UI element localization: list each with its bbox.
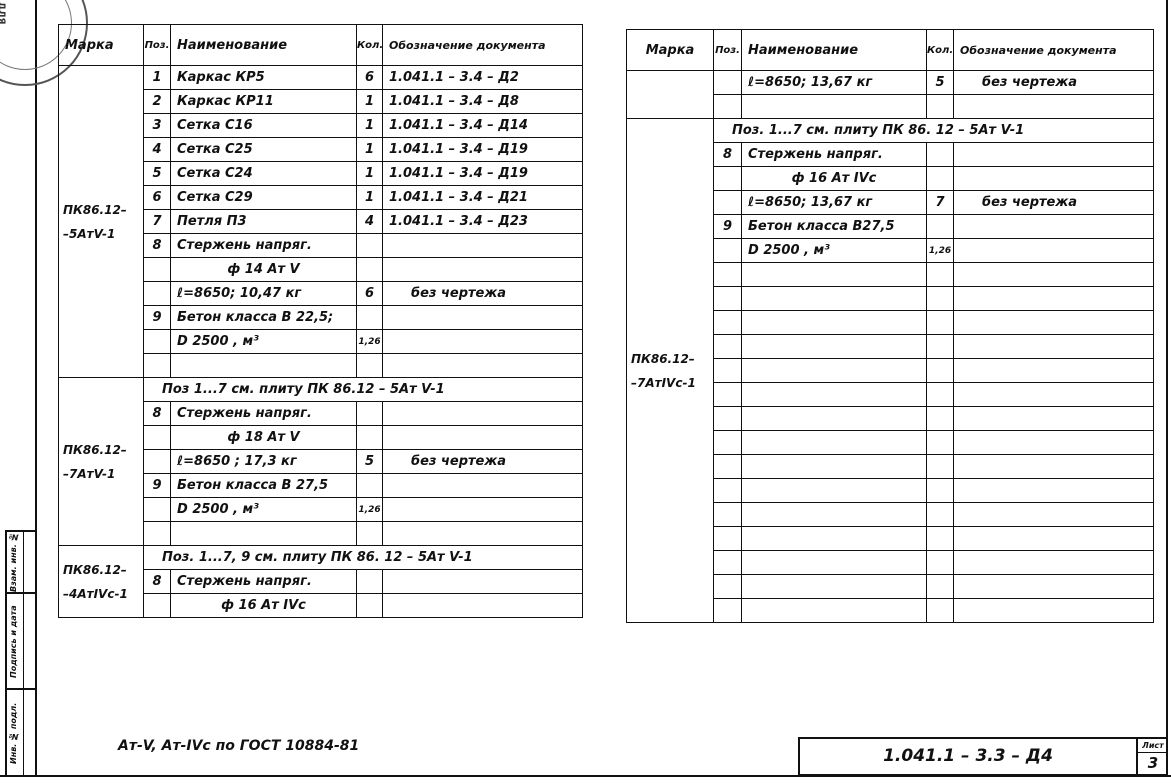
- qty-cell: [927, 479, 954, 503]
- name-cell: [742, 455, 927, 479]
- name-cell: Бетон класса В27,5: [742, 215, 927, 239]
- poz-cell: 8: [144, 570, 171, 594]
- name-cell: Стержень напряг.: [171, 570, 357, 594]
- name-cell: ф 16 Ат IVс: [742, 167, 927, 191]
- margin-cell-replacement: Взам. инв. №: [7, 530, 37, 594]
- margin-label: Взам. инв. №: [9, 534, 23, 592]
- header-name: Наименование: [171, 25, 357, 66]
- name-cell: Сетка С29: [171, 186, 357, 210]
- poz-cell: [714, 191, 742, 215]
- poz-cell: [714, 335, 742, 359]
- poz-cell: [144, 522, 171, 546]
- name-cell: [171, 354, 357, 378]
- poz-cell: [714, 263, 742, 287]
- qty-cell: [357, 234, 383, 258]
- group-note-row: ПК86.12––7АтIVс-1Поз. 1...7 см. плиту ПК…: [627, 119, 1154, 143]
- doc-cell: [954, 335, 1154, 359]
- doc-cell: [954, 575, 1154, 599]
- marka-cell: ПК86.12––7АтV-1: [59, 378, 144, 546]
- doc-cell: [383, 354, 583, 378]
- doc-cell: [954, 287, 1154, 311]
- qty-cell: [927, 407, 954, 431]
- stamp-text: ДЛЯ: [0, 2, 6, 24]
- doc-cell: [954, 527, 1154, 551]
- name-cell: [742, 311, 927, 335]
- qty-cell: [927, 335, 954, 359]
- name-cell: Стержень напряг.: [171, 402, 357, 426]
- qty-cell: [927, 263, 954, 287]
- qty-cell: [927, 143, 954, 167]
- sheet-number: 3: [1138, 753, 1168, 774]
- qty-cell: 1,26: [927, 239, 954, 263]
- poz-cell: [714, 311, 742, 335]
- poz-cell: [714, 479, 742, 503]
- name-cell: [742, 479, 927, 503]
- qty-cell: [927, 287, 954, 311]
- poz-cell: [144, 594, 171, 618]
- qty-cell: [927, 575, 954, 599]
- name-cell: [742, 599, 927, 623]
- qty-cell: [927, 383, 954, 407]
- poz-cell: [714, 359, 742, 383]
- poz-cell: [144, 498, 171, 522]
- qty-cell: [357, 354, 383, 378]
- poz-cell: 9: [144, 474, 171, 498]
- name-cell: [171, 522, 357, 546]
- name-cell: Стержень напряг.: [171, 234, 357, 258]
- doc-cell: [383, 306, 583, 330]
- poz-cell: 2: [144, 90, 171, 114]
- table-body: ПК86.12––5АтV-11Каркас КР561.041.1 – 3.4…: [59, 66, 583, 618]
- name-cell: ℓ=8650; 10,47 кг: [171, 282, 357, 306]
- doc-cell: [954, 263, 1154, 287]
- poz-cell: 7: [144, 210, 171, 234]
- name-cell: Каркас КР11: [171, 90, 357, 114]
- qty-cell: [357, 258, 383, 282]
- doc-cell: [383, 498, 583, 522]
- name-cell: [742, 527, 927, 551]
- margin-cell-signature: Подпись и дата: [7, 592, 37, 690]
- frame-right-border: [1166, 0, 1168, 777]
- doc-cell: [954, 311, 1154, 335]
- name-cell: [742, 503, 927, 527]
- name-cell: [742, 287, 927, 311]
- name-cell: Стержень напряг.: [742, 143, 927, 167]
- qty-cell: 6: [357, 282, 383, 306]
- qty-cell: 1,26: [357, 330, 383, 354]
- name-cell: Каркас КР5: [171, 66, 357, 90]
- header-marka: Марка: [627, 30, 714, 71]
- qty-cell: 7: [927, 191, 954, 215]
- name-cell: [742, 551, 927, 575]
- doc-cell: [954, 95, 1154, 119]
- doc-cell: [954, 455, 1154, 479]
- poz-cell: [714, 575, 742, 599]
- qty-cell: [927, 503, 954, 527]
- group-note: Поз. 1...7 см. плиту ПК 86. 12 – 5Ат V-1: [714, 119, 1154, 143]
- poz-cell: [144, 330, 171, 354]
- qty-cell: [927, 599, 954, 623]
- table-row: ПК86.12––5АтV-11Каркас КР561.041.1 – 3.4…: [59, 66, 583, 90]
- poz-cell: [714, 599, 742, 623]
- name-cell: D 2500 , м³: [171, 330, 357, 354]
- name-cell: ℓ=8650 ; 17,3 кг: [171, 450, 357, 474]
- name-cell: [742, 431, 927, 455]
- name-cell: ф 14 Ат V: [171, 258, 357, 282]
- qty-cell: [357, 522, 383, 546]
- qty-cell: [357, 402, 383, 426]
- qty-cell: [927, 311, 954, 335]
- qty-cell: [927, 215, 954, 239]
- qty-cell: 5: [927, 71, 954, 95]
- header-doc: Обозначение документа: [954, 30, 1154, 71]
- poz-cell: 8: [144, 234, 171, 258]
- poz-cell: [714, 407, 742, 431]
- name-cell: ℓ=8650; 13,67 кг: [742, 71, 927, 95]
- sheet-box: Лист 3: [1136, 739, 1168, 774]
- qty-cell: [927, 551, 954, 575]
- header-marka: Марка: [59, 25, 144, 66]
- qty-cell: [357, 474, 383, 498]
- margin-signature-strip: Взам. инв. № Подпись и дата Инв. № подл.: [5, 530, 37, 776]
- name-cell: Петля П3: [171, 210, 357, 234]
- name-cell: D 2500 , м³: [171, 498, 357, 522]
- header-name: Наименование: [742, 30, 927, 71]
- doc-cell: [954, 359, 1154, 383]
- qty-cell: [357, 306, 383, 330]
- doc-cell: [954, 479, 1154, 503]
- doc-cell: [954, 503, 1154, 527]
- poz-cell: [714, 383, 742, 407]
- sheet-label: Лист: [1138, 739, 1168, 753]
- poz-cell: 9: [144, 306, 171, 330]
- margin-label: Инв. № подл.: [9, 692, 23, 774]
- poz-cell: 6: [144, 186, 171, 210]
- doc-cell: без чертежа: [383, 450, 583, 474]
- qty-cell: [927, 167, 954, 191]
- name-cell: Сетка С16: [171, 114, 357, 138]
- doc-cell: [954, 167, 1154, 191]
- poz-cell: [144, 354, 171, 378]
- qty-cell: [927, 95, 954, 119]
- poz-cell: [714, 503, 742, 527]
- name-cell: Бетон класса В 22,5;: [171, 306, 357, 330]
- spec-table-right: Марка Поз. Наименование Кол. Обозначение…: [626, 29, 1154, 623]
- doc-cell: без чертежа: [383, 282, 583, 306]
- gost-footnote: Ат-V, Ат-IVс по ГОСТ 10884-81: [118, 738, 359, 754]
- poz-cell: 8: [144, 402, 171, 426]
- qty-cell: [927, 527, 954, 551]
- qty-cell: 1,26: [357, 498, 383, 522]
- poz-cell: [144, 282, 171, 306]
- name-cell: [742, 575, 927, 599]
- header-qty: Кол.: [357, 25, 383, 66]
- qty-cell: 1: [357, 90, 383, 114]
- poz-cell: [714, 239, 742, 263]
- qty-cell: 4: [357, 210, 383, 234]
- doc-cell: [954, 239, 1154, 263]
- qty-cell: [357, 426, 383, 450]
- doc-cell: без чертежа: [954, 191, 1154, 215]
- doc-cell: [954, 431, 1154, 455]
- marka-cell: ПК86.12––4АтIVс-1: [59, 546, 144, 618]
- table-header-row: Марка Поз. Наименование Кол. Обозначение…: [627, 30, 1154, 71]
- doc-cell: 1.041.1 – 3.4 – Д8: [383, 90, 583, 114]
- doc-cell: [954, 383, 1154, 407]
- header-poz: Поз.: [144, 25, 171, 66]
- qty-cell: [927, 359, 954, 383]
- header-poz: Поз.: [714, 30, 742, 71]
- qty-cell: 6: [357, 66, 383, 90]
- poz-cell: 1: [144, 66, 171, 90]
- name-cell: Сетка С24: [171, 162, 357, 186]
- title-block: 1.041.1 – 3.3 – Д4 Лист 3: [798, 737, 1166, 776]
- name-cell: Сетка С25: [171, 138, 357, 162]
- poz-cell: [714, 455, 742, 479]
- name-cell: [742, 359, 927, 383]
- poz-cell: 8: [714, 143, 742, 167]
- poz-cell: 5: [144, 162, 171, 186]
- table-row: ℓ=8650; 13,67 кг5без чертежа: [627, 71, 1154, 95]
- marka-cell: ПК86.12––5АтV-1: [59, 66, 144, 378]
- poz-cell: [714, 287, 742, 311]
- doc-cell: [383, 570, 583, 594]
- poz-cell: [714, 527, 742, 551]
- poz-cell: [144, 258, 171, 282]
- name-cell: [742, 263, 927, 287]
- marka-cell: [627, 71, 714, 119]
- margin-cell-inventory: Инв. № подл.: [7, 688, 37, 776]
- name-cell: [742, 407, 927, 431]
- name-cell: Бетон класса В 27,5: [171, 474, 357, 498]
- qty-cell: 1: [357, 162, 383, 186]
- document-code: 1.041.1 – 3.3 – Д4: [800, 739, 1136, 774]
- doc-cell: [383, 474, 583, 498]
- name-cell: ф 18 Ат V: [171, 426, 357, 450]
- qty-cell: 1: [357, 186, 383, 210]
- qty-cell: 1: [357, 114, 383, 138]
- doc-cell: 1.041.1 – 3.4 – Д19: [383, 162, 583, 186]
- name-cell: [742, 383, 927, 407]
- doc-cell: [383, 234, 583, 258]
- doc-cell: [383, 594, 583, 618]
- name-cell: [742, 335, 927, 359]
- poz-cell: 3: [144, 114, 171, 138]
- doc-cell: 1.041.1 – 3.4 – Д21: [383, 186, 583, 210]
- group-note: Поз 1...7 см. плиту ПК 86.12 – 5Ат V-1: [144, 378, 583, 402]
- name-cell: ℓ=8650; 13,67 кг: [742, 191, 927, 215]
- doc-cell: [954, 407, 1154, 431]
- doc-cell: без чертежа: [954, 71, 1154, 95]
- doc-cell: [383, 258, 583, 282]
- name-cell: ф 16 Ат IVс: [171, 594, 357, 618]
- qty-cell: [927, 431, 954, 455]
- doc-cell: [954, 215, 1154, 239]
- name-cell: [742, 95, 927, 119]
- doc-cell: [383, 402, 583, 426]
- poz-cell: 4: [144, 138, 171, 162]
- group-note: Поз. 1...7, 9 см. плиту ПК 86. 12 – 5Ат …: [144, 546, 583, 570]
- qty-cell: 5: [357, 450, 383, 474]
- poz-cell: [714, 551, 742, 575]
- table-body: ℓ=8650; 13,67 кг5без чертежаПК86.12––7Ат…: [627, 71, 1154, 623]
- doc-cell: [383, 522, 583, 546]
- doc-cell: [383, 330, 583, 354]
- doc-cell: [954, 143, 1154, 167]
- spec-table-left: Марка Поз. Наименование Кол. Обозначение…: [58, 24, 583, 618]
- doc-cell: [954, 599, 1154, 623]
- header-qty: Кол.: [927, 30, 954, 71]
- doc-cell: 1.041.1 – 3.4 – Д23: [383, 210, 583, 234]
- doc-cell: 1.041.1 – 3.4 – Д2: [383, 66, 583, 90]
- table-header-row: Марка Поз. Наименование Кол. Обозначение…: [59, 25, 583, 66]
- header-doc: Обозначение документа: [383, 25, 583, 66]
- qty-cell: [927, 455, 954, 479]
- name-cell: D 2500 , м³: [742, 239, 927, 263]
- doc-cell: [954, 551, 1154, 575]
- qty-cell: [357, 594, 383, 618]
- group-note-row: ПК86.12––7АтV-1Поз 1...7 см. плиту ПК 86…: [59, 378, 583, 402]
- poz-cell: 9: [714, 215, 742, 239]
- poz-cell: [144, 426, 171, 450]
- doc-cell: 1.041.1 – 3.4 – Д19: [383, 138, 583, 162]
- poz-cell: [714, 95, 742, 119]
- group-note-row: ПК86.12––4АтIVс-1Поз. 1...7, 9 см. плиту…: [59, 546, 583, 570]
- qty-cell: 1: [357, 138, 383, 162]
- poz-cell: [144, 450, 171, 474]
- marka-cell: ПК86.12––7АтIVс-1: [627, 119, 714, 623]
- margin-label: Подпись и дата: [9, 596, 23, 688]
- doc-cell: 1.041.1 – 3.4 – Д14: [383, 114, 583, 138]
- doc-cell: [383, 426, 583, 450]
- poz-cell: [714, 431, 742, 455]
- poz-cell: [714, 167, 742, 191]
- poz-cell: [714, 71, 742, 95]
- qty-cell: [357, 570, 383, 594]
